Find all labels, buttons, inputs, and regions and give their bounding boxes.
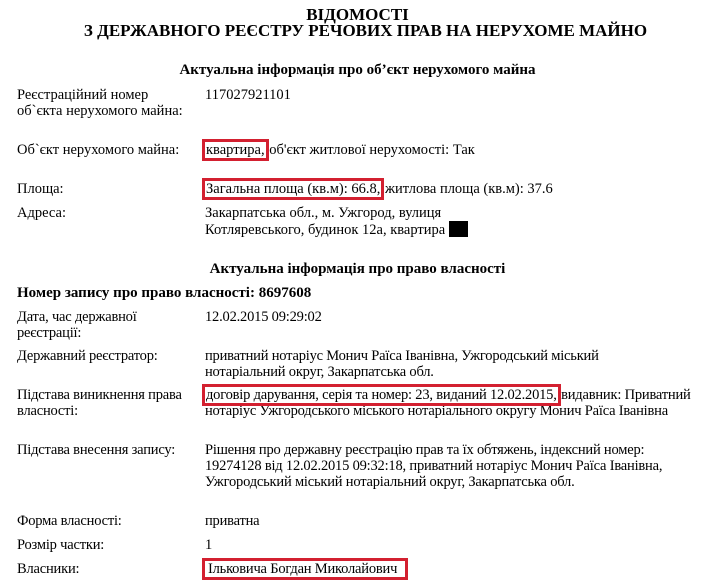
highlight-box: Ільковича Богдан Миколайович xyxy=(205,561,405,577)
field-value: Закарпатська обл., м. Ужгород, вулиця Ко… xyxy=(205,205,490,238)
ownership-record-number: Номер запису про право власності: 869760… xyxy=(17,285,311,301)
field-label: Площа: xyxy=(17,181,197,197)
value-rest: об'єкт житлової нерухомості: Так xyxy=(266,142,475,158)
ownership-section-heading: Актуальна інформація про право власності xyxy=(0,261,715,277)
field-label: Підстава виникнення права власності: xyxy=(17,387,187,419)
highlight-box: Загальна площа (кв.м): 66.8, xyxy=(205,181,381,197)
field-value: Рішення про державну реєстрацію прав та … xyxy=(205,442,690,490)
field-label: Власники: xyxy=(17,561,197,577)
field-value: договір дарування, серія та номер: 23, в… xyxy=(205,387,705,419)
field-value: квартира, об'єкт житлової нерухомості: Т… xyxy=(205,142,705,158)
field-label: Форма власності: xyxy=(17,513,197,529)
field-label: Дата, час державної реєстрації: xyxy=(17,309,182,341)
field-value: 1 xyxy=(205,537,705,553)
field-value: 12.02.2015 09:29:02 xyxy=(205,309,705,325)
redaction-block xyxy=(449,221,468,237)
address-text: Закарпатська обл., м. Ужгород, вулиця Ко… xyxy=(205,205,445,238)
field-label: Реєстраційний номер об`єкта нерухомого м… xyxy=(17,87,197,119)
object-section-heading: Актуальна інформація про об’єкт нерухомо… xyxy=(0,62,715,78)
highlight-box: квартира, xyxy=(205,142,266,158)
field-label: Адреса: xyxy=(17,205,197,221)
value-rest: житлова площа (кв.м): 37.6 xyxy=(381,181,552,197)
field-label: Об`єкт нерухомого майна: xyxy=(17,142,197,158)
field-value: Ільковича Богдан Миколайович xyxy=(205,561,705,577)
field-label: Розмір частки: xyxy=(17,537,197,553)
title-line-2: З ДЕРЖАВНОГО РЕЄСТРУ РЕЧОВИХ ПРАВ НА НЕР… xyxy=(8,22,715,40)
field-value: Загальна площа (кв.м): 66.8, житлова пло… xyxy=(205,181,705,197)
highlight-box: договір дарування, серія та номер: 23, в… xyxy=(205,387,558,403)
field-label: Державний реєстратор: xyxy=(17,348,197,364)
field-value: 117027921101 xyxy=(205,87,705,103)
field-value: приватний нотаріус Монич Раїса Іванівна,… xyxy=(205,348,675,380)
field-value: приватна xyxy=(205,513,705,529)
field-label: Підстава внесення запису: xyxy=(17,442,177,458)
